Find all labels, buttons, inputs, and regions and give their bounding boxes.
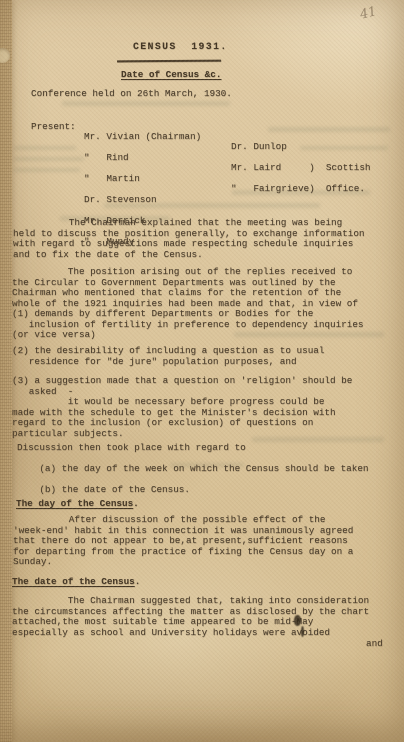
section-heading-day: The day of the Census. (16, 499, 139, 510)
list-item-3: (3) a suggestion made that a question on… (12, 376, 352, 439)
attendee: " Martin (84, 173, 140, 184)
present-label: Present: (31, 122, 76, 133)
bleedthrough-smudge (14, 168, 80, 172)
paragraph-intro: The Chairman explained that the meeting … (13, 218, 364, 260)
bleedthrough-smudge (62, 101, 230, 106)
paragraph-date: The Chairman suggested that, taking into… (12, 596, 369, 638)
bleedthrough-smudge (14, 146, 76, 150)
conference-line: Conference held on 26th March, 1930. (31, 89, 232, 100)
page-title: CENSUS 1931. (133, 42, 228, 53)
list-item-2: (2) the desirability of including a ques… (12, 346, 324, 367)
attendee: Mr. Vivian (Chairman) (84, 131, 201, 142)
document-page: 41 CENSUS 1931. Date of Census &c. Confe… (0, 0, 404, 742)
paragraph-position: The position arising out of the replies … (12, 267, 363, 341)
section-heading-date-period: . (135, 576, 141, 587)
section-heading-date-text: The date of the Census (12, 576, 135, 587)
catchword: and (366, 639, 383, 650)
section-heading-date: The date of the Census. (12, 577, 140, 588)
section-heading-day-period: . (133, 498, 139, 509)
attendee: " Fairgrieve) Office. (231, 183, 365, 194)
attendee: Mr. Laird ) Scottish (231, 162, 370, 173)
attendee-list-right: Dr. Dunlop Mr. Laird ) Scottish " Fairgr… (231, 142, 370, 195)
page-subtitle-text: Date of Census &c. (121, 69, 221, 80)
bleedthrough-smudge (14, 157, 84, 161)
page-subtitle: Date of Census &c. (121, 70, 221, 81)
bleedthrough-smudge (268, 127, 390, 132)
discussion-block: Discussion then took place with regard t… (17, 443, 368, 496)
folio-number: 41 (358, 4, 378, 23)
attendee: Dr. Stevenson (84, 194, 157, 205)
attendee: " Rind (84, 152, 129, 163)
ink-blot (294, 615, 301, 626)
attendee: Dr. Dunlop (231, 141, 287, 152)
ink-smear (301, 626, 304, 637)
title-rule (117, 60, 221, 63)
binding-edge (0, 0, 12, 742)
section-heading-day-text: The day of the Census (16, 498, 133, 509)
paragraph-day: After discussion of the possible effect … (13, 515, 353, 568)
